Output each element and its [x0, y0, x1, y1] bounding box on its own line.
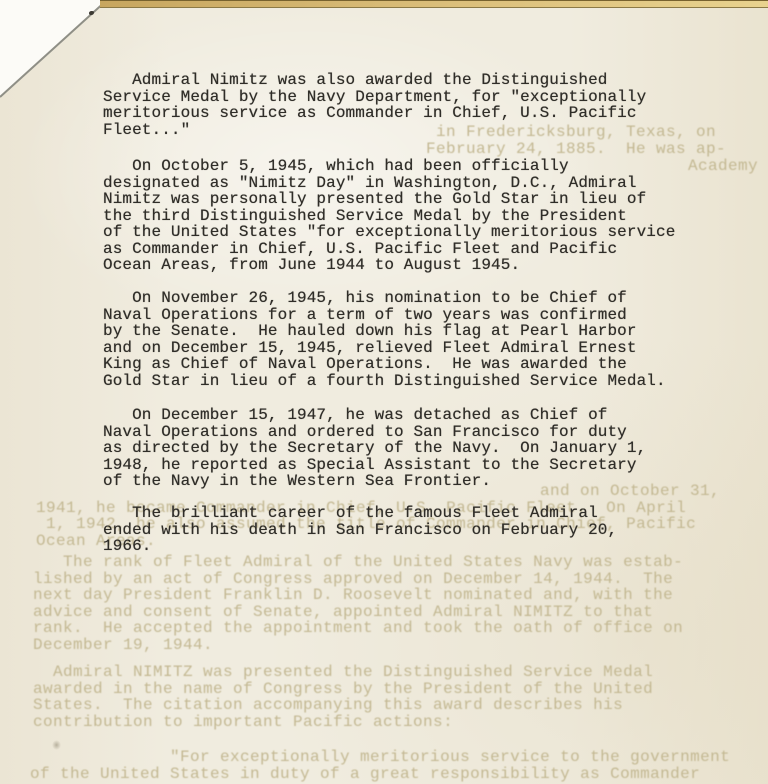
paragraph-5: The brilliant career of the famous Fleet…	[103, 505, 617, 555]
bleedthrough-fragment-3: Academy	[688, 158, 758, 175]
bleedthrough-paragraph-1: The rank of Fleet Admiral of the United …	[33, 554, 683, 653]
page-top-edge	[100, 0, 768, 8]
bleedthrough-fragment-2: February 24, 1885. He was ap-	[426, 141, 726, 158]
page-corner-edge	[0, 0, 120, 110]
paragraph-2: On October 5, 1945, which had been offic…	[103, 158, 675, 274]
paragraph-4: On December 15, 1947, he was detached as…	[103, 407, 646, 490]
bleedthrough-paragraph-2: Admiral NIMITZ was presented the Disting…	[33, 664, 653, 730]
paragraph-3: On November 26, 1945, his nomination to …	[103, 290, 666, 389]
scanned-page: in Fredericksburg, Texas, on February 24…	[0, 0, 768, 784]
paragraph-1: Admiral Nimitz was also awarded the Dist…	[103, 72, 646, 138]
bleedthrough-paragraph-3: "For exceptionally meritorious service t…	[30, 749, 730, 782]
